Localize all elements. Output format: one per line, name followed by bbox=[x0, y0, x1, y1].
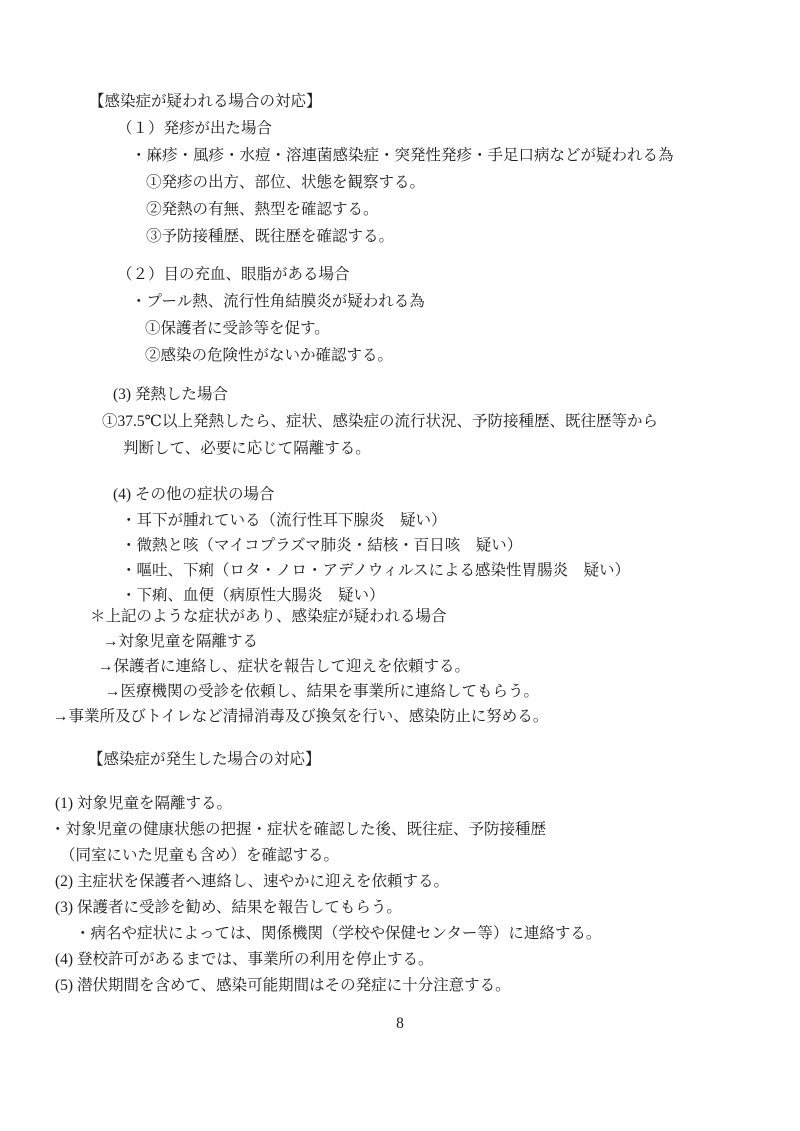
case1-step: ①発疹の出方、部位、状態を観察する。 bbox=[0, 169, 800, 196]
case1-step: ②発熱の有無、熱型を確認する。 bbox=[0, 196, 800, 223]
page-number: 8 bbox=[0, 1011, 800, 1037]
case3-title: (3) 発熱した場合 bbox=[0, 381, 800, 408]
case2-step: ②感染の危険性がないか確認する。 bbox=[0, 342, 800, 369]
section-occurred: 【感染症が発生した場合の対応】 (1) 対象児童を隔離する。 ・対象児童の健康状… bbox=[0, 746, 800, 999]
case3-line: ①37.5℃以上発熱したら、症状、感染症の流行状況、予防接種歴、既往歴等から bbox=[0, 408, 800, 435]
occurred-list: (1) 対象児童を隔離する。 ・対象児童の健康状態の把握・症状を確認した後、既往… bbox=[0, 791, 800, 999]
case4-item: ・微熱と咳（マイコプラズマ肺炎・結核・百日咳 疑い） bbox=[0, 533, 800, 558]
case2-note: ・プール熱、流行性角結膜炎が疑われる為 bbox=[0, 288, 800, 315]
case3-block: (3) 発熱した場合 ①37.5℃以上発熱したら、症状、感染症の流行状況、予防接… bbox=[0, 381, 800, 462]
case4-item: ・耳下が腫れている（流行性耳下腺炎 疑い） bbox=[0, 508, 800, 533]
section-heading-suspected: 【感染症が疑われる場合の対応】 bbox=[0, 88, 800, 115]
case4-block: (4) その他の症状の場合 ・耳下が腫れている（流行性耳下腺炎 疑い） ・微熱と… bbox=[0, 481, 800, 608]
section-heading-occurred: 【感染症が発生した場合の対応】 bbox=[0, 746, 800, 773]
case4-title: (4) その他の症状の場合 bbox=[0, 481, 800, 508]
occurred-sub-note: （同室にいた児童も含め）を確認する。 bbox=[0, 843, 800, 869]
occurred-item: (1) 対象児童を隔離する。 bbox=[0, 791, 800, 817]
case2-title: （２）目の充血、眼脂がある場合 bbox=[0, 261, 800, 288]
case3-line: 判断して、必要に応じて隔離する。 bbox=[0, 435, 800, 462]
suspected-actions-block: ＊上記のような症状があり、感染症が疑われる場合 →対象児童を隔離する →保護者に… bbox=[0, 604, 800, 729]
case1-note: ・麻疹・風疹・水痘・溶連菌感染症・突発性発疹・手足口病などが疑われる為 bbox=[0, 142, 800, 169]
case2-block: （２）目の充血、眼脂がある場合 ・プール熱、流行性角結膜炎が疑われる為 ①保護者… bbox=[0, 261, 800, 369]
occurred-sub-note: ・病名や症状によっては、関係機関（学校や保健センター等）に連絡する。 bbox=[0, 921, 800, 947]
case1-title: （１）発疹が出た場合 bbox=[0, 115, 800, 142]
occurred-item: (2) 主症状を保護者へ連絡し、速やかに迎えを依頼する。 bbox=[0, 869, 800, 895]
section-suspected: 【感染症が疑われる場合の対応】 （１）発疹が出た場合 ・麻疹・風疹・水痘・溶連菌… bbox=[0, 88, 800, 729]
occurred-sub-note: ・対象児童の健康状態の把握・症状を確認した後、既往症、予防接種歴 bbox=[0, 817, 800, 843]
occurred-item: (3) 保護者に受診を勧め、結果を報告してもらう。 bbox=[0, 895, 800, 921]
case1-step: ③予防接種歴、既往歴を確認する。 bbox=[0, 223, 800, 250]
occurred-item: (4) 登校許可があるまでは、事業所の利用を停止する。 bbox=[0, 947, 800, 973]
page-body: 【感染症が疑われる場合の対応】 （１）発疹が出た場合 ・麻疹・風疹・水痘・溶連菌… bbox=[0, 0, 800, 1037]
action-line: →保護者に連絡し、症状を報告して迎えを依頼する。 bbox=[0, 654, 800, 679]
case4-item: ・嘔吐、下痢（ロタ・ノロ・アデノウィルスによる感染性胃腸炎 疑い） bbox=[0, 558, 800, 583]
case2-step: ①保護者に受診等を促す。 bbox=[0, 315, 800, 342]
action-line: →事業所及びトイレなど清掃消毒及び換気を行い、感染防止に努める。 bbox=[0, 704, 800, 729]
suspected-note: ＊上記のような症状があり、感染症が疑われる場合 bbox=[0, 604, 800, 629]
action-line: →医療機関の受診を依頼し、結果を事業所に連絡してもらう。 bbox=[0, 679, 800, 704]
action-line: →対象児童を隔離する bbox=[0, 629, 800, 654]
document-page: { "doc": { "suspected": { "heading": "【感… bbox=[0, 0, 800, 1131]
occurred-item: (5) 潜伏期間を含めて、感染可能期間はその発症に十分注意する。 bbox=[0, 973, 800, 999]
